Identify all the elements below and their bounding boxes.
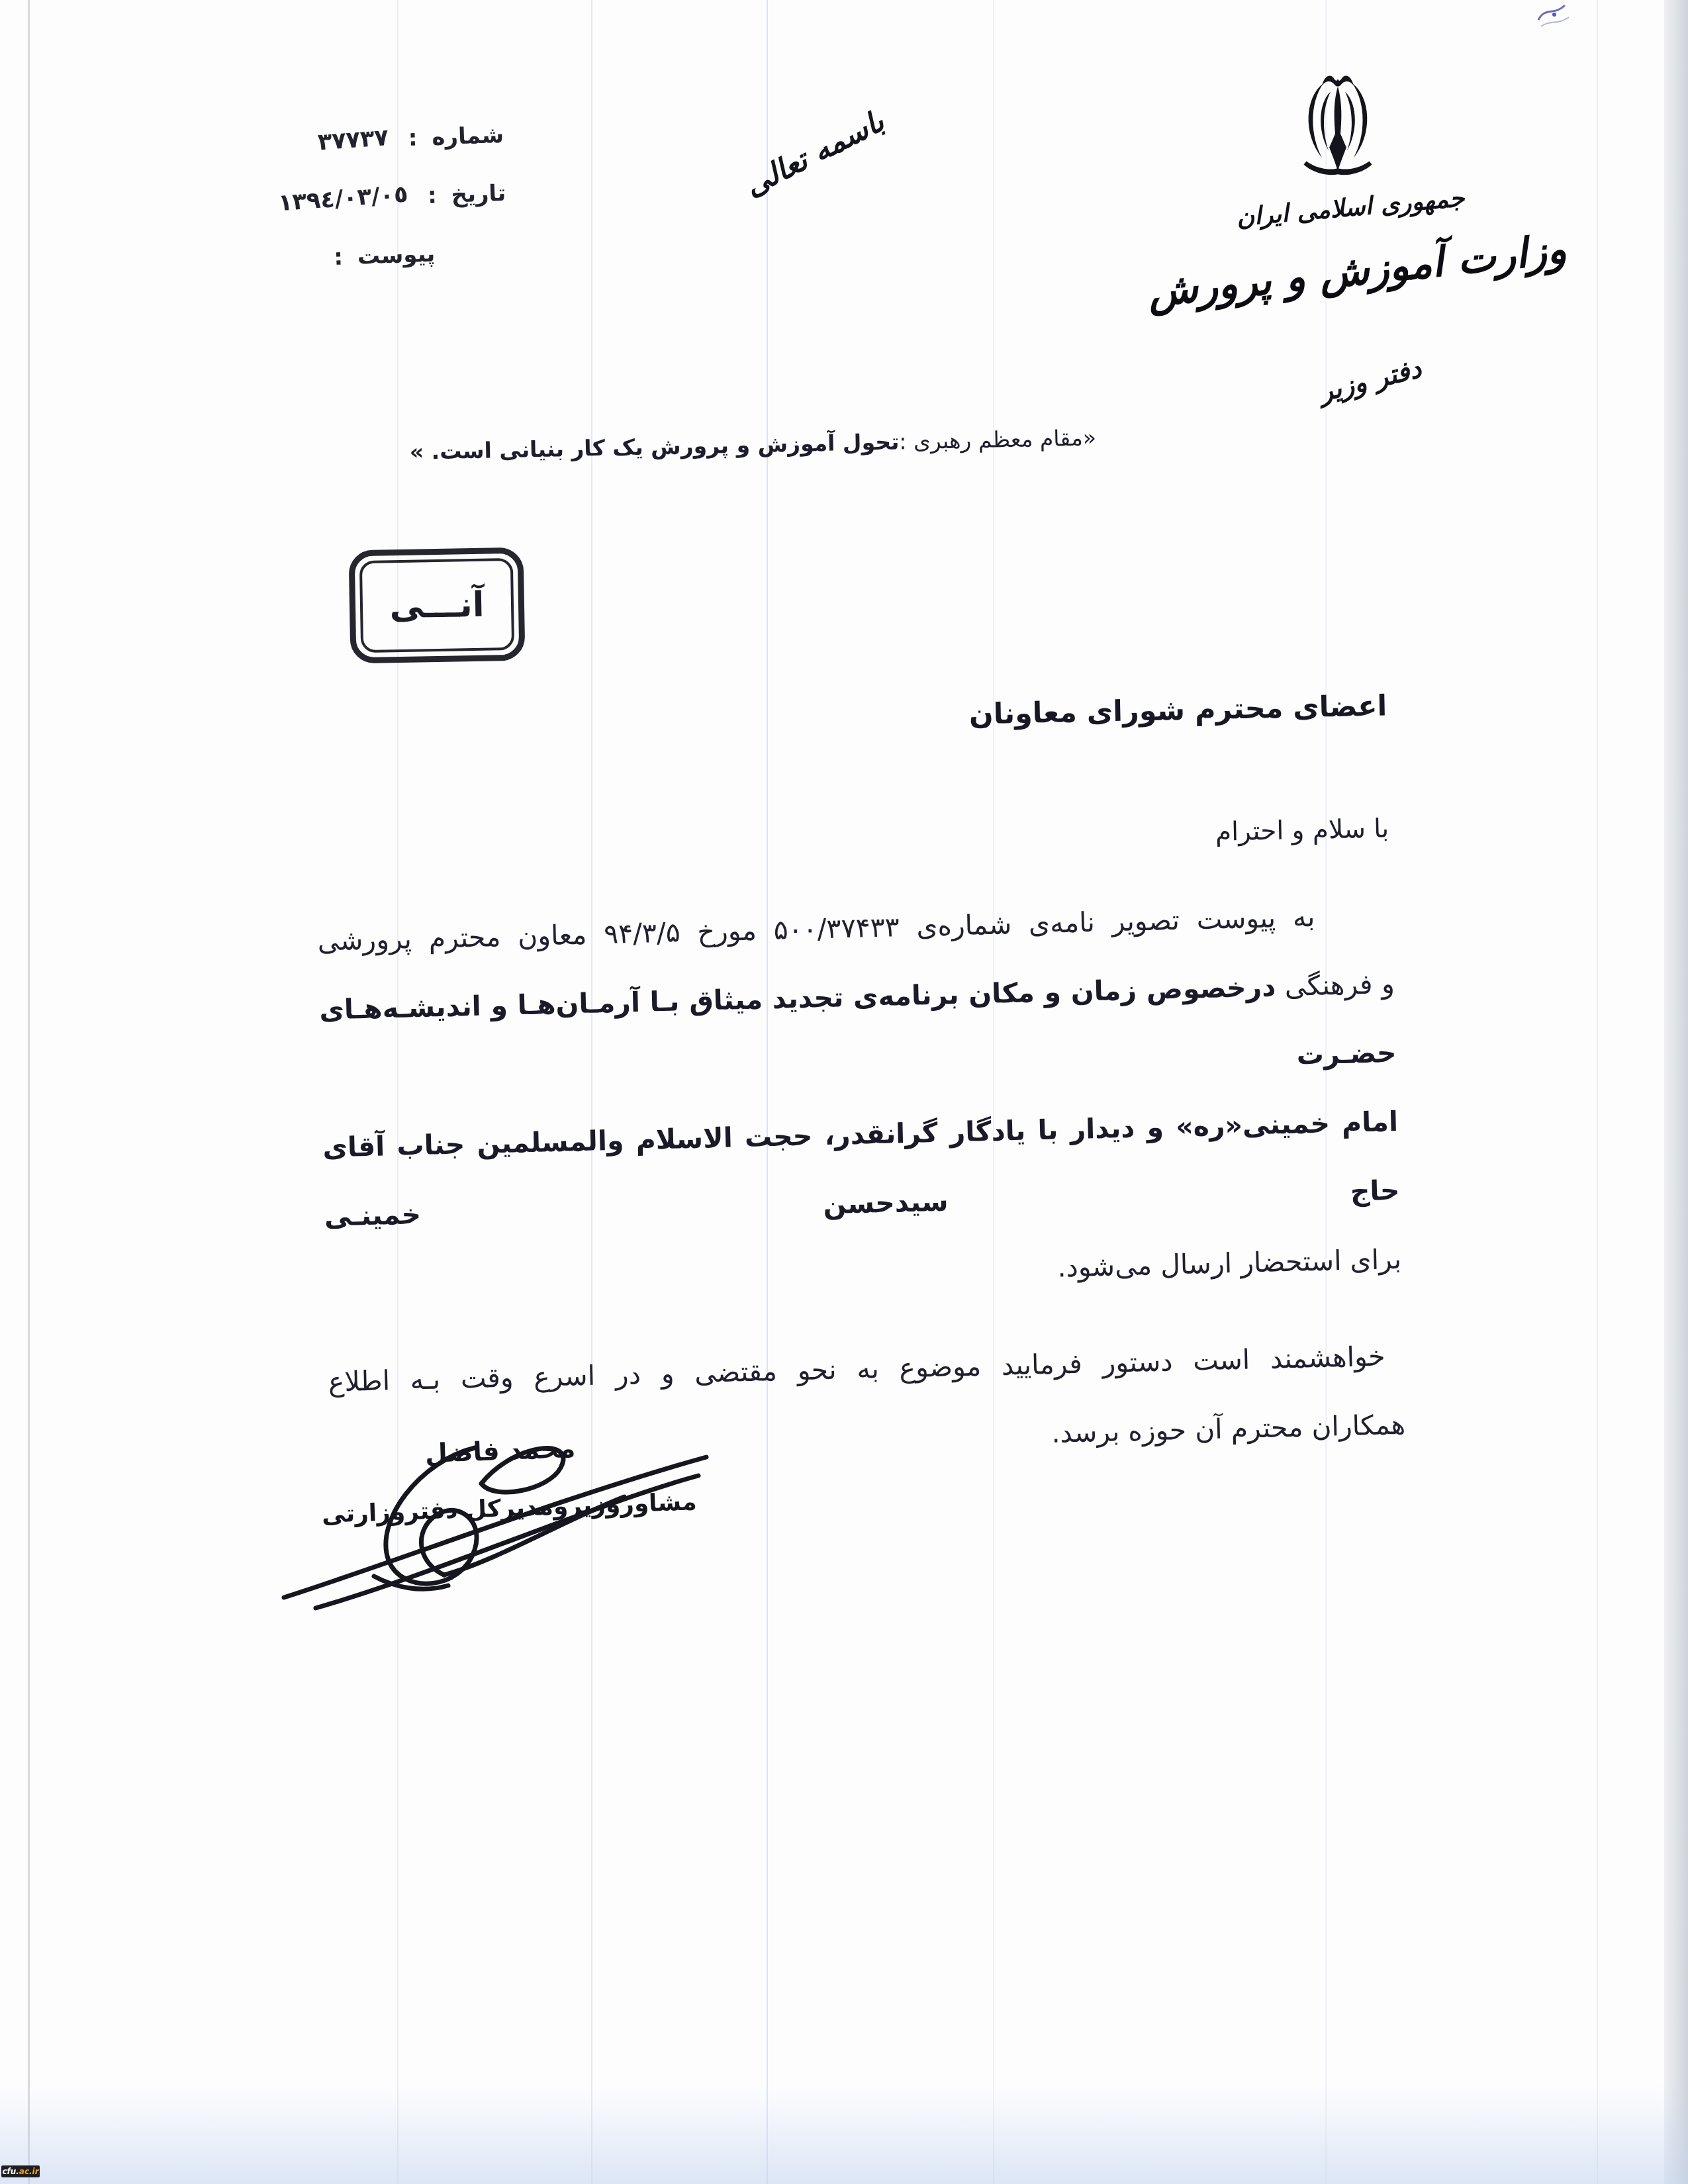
date-label: تاریخ (451, 180, 506, 209)
number-value: ۳۷۷۳۷ (317, 124, 389, 156)
country-title: جمهوری اسلامی ایران (1204, 181, 1497, 234)
body-line-3-bold: امام خمینی«ره» و دیدار با یادگار گرانقدر… (322, 1106, 1400, 1233)
body-line-3: امام خمینی«ره» و دیدار با یادگار گرانقدر… (322, 1087, 1401, 1251)
pen-scribble-mark (1534, 0, 1582, 34)
bismillah-calligraphy: باسمه تعالی (718, 93, 910, 214)
scan-right-edge (1664, 0, 1688, 2184)
body-line-2-bold: درخصوص زمان و مکان برنامه‌ی تجدید میثاق … (319, 971, 1397, 1070)
number-label: شماره (432, 122, 504, 151)
body-line-2-normal: و فرهنگی (1276, 968, 1395, 1002)
attachment-label: پیوست (357, 241, 436, 270)
number-colon: : (408, 124, 418, 151)
scan-fold-line (1597, 0, 1598, 2184)
handwritten-signature (275, 1420, 725, 1619)
attachment-colon: : (334, 244, 344, 270)
quote-emphasis: تحول آموزش و پرورش یک کار بنیانی است. » (409, 429, 899, 465)
site-watermark: cfu.ac.ir (1, 2165, 40, 2177)
letter-body: به پیوست تصویر نامه‌ی شماره‌ی ۵۰۰/۳۷۴۳۳ … (316, 880, 1406, 1485)
watermark-prefix: cfu. (2, 2167, 19, 2176)
quote-prefix: «مقام معظم رهبری : (899, 424, 1096, 454)
letter-number-row: شماره : ۳۷۷۳۷ (193, 122, 504, 159)
urgency-stamp-label: آنـــی (359, 558, 514, 653)
date-value: ١٣٩٤/٠٣/٠٥ (277, 181, 409, 217)
scan-bottom-tint (0, 2085, 1688, 2184)
date-colon: : (427, 182, 437, 209)
salutation-line: با سلام و احترام (1215, 814, 1389, 847)
attachment-row: پیوست : (197, 238, 508, 275)
recipient-line: اعضای محترم شورای معاونان (968, 689, 1387, 731)
body-line-2: و فرهنگی درخصوص زمان و مکان برنامه‌ی تجد… (318, 949, 1397, 1114)
letter-date-row: تاریخ : ١٣٩٤/٠٣/٠٥ (195, 180, 506, 217)
iran-emblem-icon (1272, 70, 1403, 183)
watermark-domain: ac.ir (19, 2167, 39, 2176)
urgency-stamp-box: آنـــی (349, 547, 526, 664)
office-title: دفتر وزیر (1293, 348, 1448, 414)
scanned-letter-page: شماره : ۳۷۷۳۷ تاریخ : ١٣٩٤/٠٣/٠٥ پیوست :… (0, 0, 1688, 2184)
scan-left-edge (28, 0, 30, 2184)
leader-quote: «مقام معظم رهبری : تحول آموزش و پرورش یک… (421, 424, 1097, 464)
reference-fields: شماره : ۳۷۷۳۷ تاریخ : ١٣٩٤/٠٣/٠٥ پیوست : (193, 122, 510, 307)
ministry-title: وزارت آموزش و پرورش (1144, 224, 1570, 316)
